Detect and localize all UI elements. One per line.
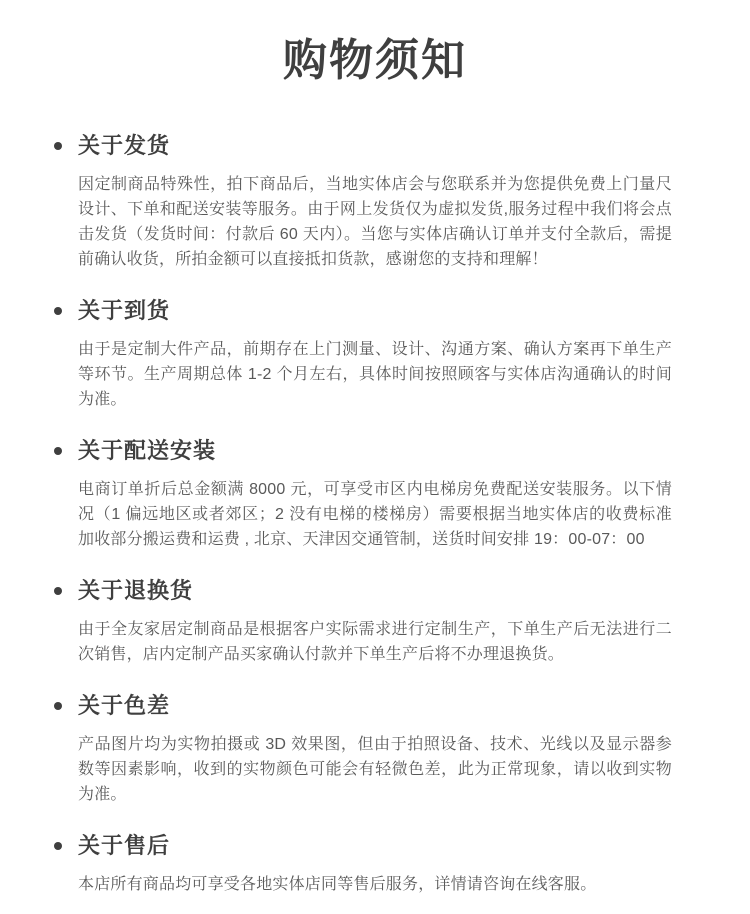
section-body-text: 因定制商品特殊性，拍下商品后，当地实体店会与您联系并为您提供免费上门量尺设计、下… — [78, 172, 672, 272]
section-delivery-install: 关于配送安装 电商订单折后总金额满 8000 元，可享受市区内电梯房免费配送安装… — [78, 436, 672, 552]
section-body-text: 本店所有商品均可享受各地实体店同等售后服务，详情请咨询在线客服。 — [78, 872, 672, 897]
section-body-text: 电商订单折后总金额满 8000 元，可享受市区内电梯房免费配送安装服务。以下情况… — [78, 477, 672, 552]
section-arrival: 关于到货 由于是定制大件产品，前期存在上门测量、设计、沟通方案、确认方案再下单生… — [78, 296, 672, 412]
section-heading-label: 关于发货 — [78, 131, 170, 161]
section-heading: 关于售后 — [54, 831, 672, 861]
bullet-icon — [54, 447, 62, 455]
section-body-text: 产品图片均为实物拍摄或 3D 效果图，但由于拍照设备、技术、光线以及显示器参数等… — [78, 732, 672, 807]
bullet-icon — [54, 842, 62, 850]
section-heading-label: 关于退换货 — [78, 576, 193, 606]
section-heading-label: 关于到货 — [78, 296, 170, 326]
section-returns: 关于退换货 由于全友家居定制商品是根据客户实际需求进行定制生产，下单生产后无法进… — [78, 576, 672, 667]
section-heading: 关于退换货 — [54, 576, 672, 606]
shopping-notice-page: 购物须知 关于发货 因定制商品特殊性，拍下商品后，当地实体店会与您联系并为您提供… — [0, 0, 750, 914]
bullet-icon — [54, 142, 62, 150]
page-title: 购物须知 — [78, 34, 672, 87]
section-body-text: 由于是定制大件产品，前期存在上门测量、设计、沟通方案、确认方案再下单生产等环节。… — [78, 337, 672, 412]
bullet-icon — [54, 587, 62, 595]
section-shipping: 关于发货 因定制商品特殊性，拍下商品后，当地实体店会与您联系并为您提供免费上门量… — [78, 131, 672, 272]
section-heading: 关于到货 — [54, 296, 672, 326]
bullet-icon — [54, 702, 62, 710]
section-heading-label: 关于配送安装 — [78, 436, 216, 466]
section-body-text: 由于全友家居定制商品是根据客户实际需求进行定制生产，下单生产后无法进行二次销售，… — [78, 617, 672, 667]
section-after-sales: 关于售后 本店所有商品均可享受各地实体店同等售后服务，详情请咨询在线客服。 — [78, 831, 672, 897]
section-color-difference: 关于色差 产品图片均为实物拍摄或 3D 效果图，但由于拍照设备、技术、光线以及显… — [78, 691, 672, 807]
section-heading: 关于色差 — [54, 691, 672, 721]
section-heading: 关于发货 — [54, 131, 672, 161]
section-heading-label: 关于售后 — [78, 831, 170, 861]
bullet-icon — [54, 307, 62, 315]
section-heading-label: 关于色差 — [78, 691, 170, 721]
section-heading: 关于配送安装 — [54, 436, 672, 466]
